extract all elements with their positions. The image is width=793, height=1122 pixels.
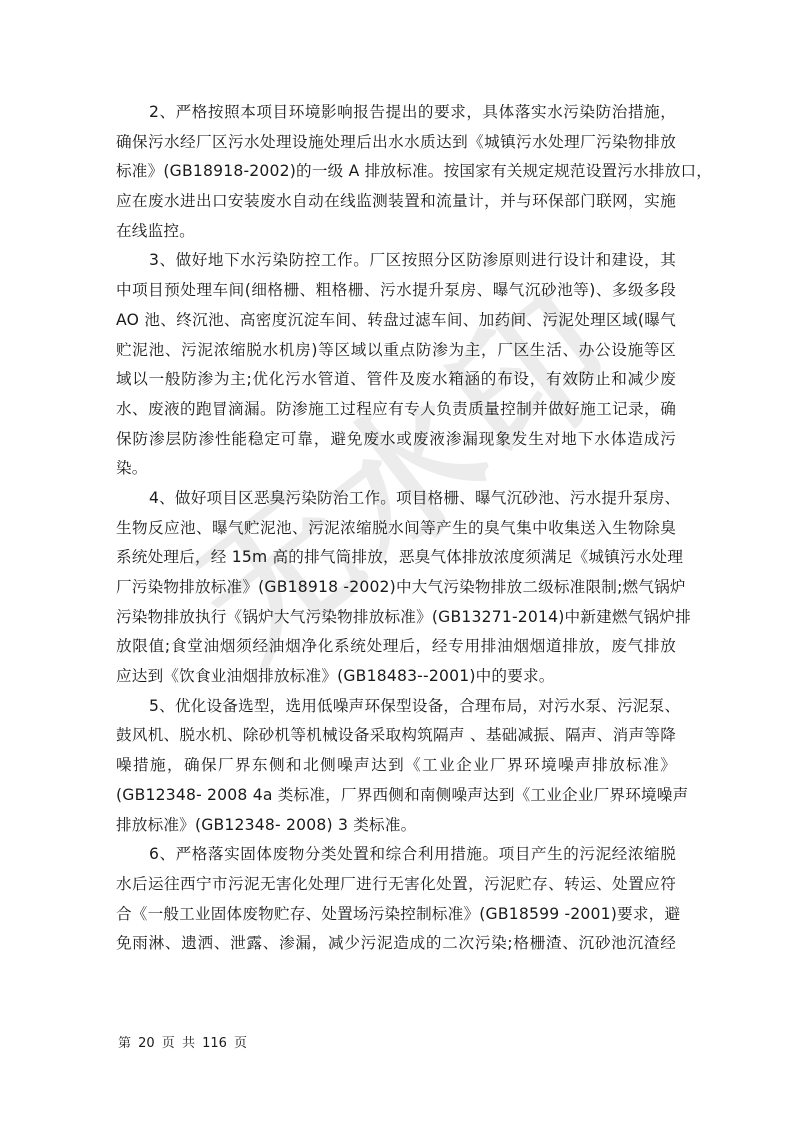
document-body: 2、严格按照本项目环境影响报告提出的要求，具体落实水污染防治措施， 确保污水经厂… — [116, 98, 676, 959]
text-line: 标准》(GB18918-2002)的一级 A 排放标准。按国家有关规定规范设置污… — [116, 157, 676, 187]
text-line: 保防渗层防渗性能稳定可靠，避免废水或废液渗漏现象发生对地下水体造成污 — [116, 425, 676, 455]
text-line: 合《一般工业固体废物贮存、处置场污染控制标准》(GB18599 -2001)要求… — [116, 900, 676, 930]
document-page: 无水印 2、严格按照本项目环境影响报告提出的要求，具体落实水污染防治措施， 确保… — [0, 0, 793, 1122]
text-line: 4、做好项目区恶臭污染防治工作。项目格栅、曝气沉砂池、污水提升泵房、 — [116, 484, 676, 514]
text-line: 5、优化设备选型，选用低噪声环保型设备，合理布局，对污水泵、污泥泵、 — [116, 692, 676, 722]
text-line: 应达到《饮食业油烟排放标准》(GB18483--2001)中的要求。 — [116, 662, 676, 692]
text-line: 生物反应池、曝气贮泥池、污泥浓缩脱水间等产生的臭气集中收集送入生物除臭 — [116, 514, 676, 544]
paragraph-5: 5、优化设备选型，选用低噪声环保型设备，合理布局，对污水泵、污泥泵、 鼓风机、脱… — [116, 692, 676, 840]
text-line: 确保污水经厂区污水处理设施处理后出水水质达到《城镇污水处理厂污染物排放 — [116, 128, 676, 158]
text-line: 水、废液的跑冒滴漏。防渗施工过程应有专人负责质量控制并做好施工记录，确 — [116, 395, 676, 425]
page-number-footer: 第 20 页 共 116 页 — [118, 1032, 247, 1051]
text-line: 贮泥池、污泥浓缩脱水机房)等区域以重点防渗为主，厂区生活、办公设施等区 — [116, 336, 676, 366]
text-line: 污染物排放执行《锅炉大气污染物排放标准》(GB13271-2014)中新建燃气锅… — [116, 603, 676, 633]
text-line: 6、严格落实固体废物分类处置和综合利用措施。项目产生的污泥经浓缩脱 — [116, 840, 676, 870]
text-line: 在线监控。 — [116, 217, 676, 247]
text-line: 水后运往西宁市污泥无害化处理厂进行无害化处置，污泥贮存、转运、处置应符 — [116, 870, 676, 900]
text-line: 中项目预处理车间(细格栅、粗格栅、污水提升泵房、曝气沉砂池等)、多级多段 — [116, 276, 676, 306]
text-line: 系统处理后，经 15m 高的排气筒排放，恶臭气体排放浓度须满足《城镇污水处理 — [116, 543, 676, 573]
text-line: 2、严格按照本项目环境影响报告提出的要求，具体落实水污染防治措施， — [116, 98, 676, 128]
text-line: 排放标准》(GB12348- 2008) 3 类标准。 — [116, 811, 676, 841]
text-line: 染。 — [116, 454, 676, 484]
text-line: 域以一般防渗为主;优化污水管道、管件及废水箱涵的布设，有效防止和减少废 — [116, 365, 676, 395]
text-line: AO 池、终沉池、高密度沉淀车间、转盘过滤车间、加药间、污泥处理区域(曝气 — [116, 306, 676, 336]
text-line: 免雨淋、遗洒、泄露、渗漏，减少污泥造成的二次污染;格栅渣、沉砂池沉渣经 — [116, 929, 676, 959]
text-line: 放限值;食堂油烟须经油烟净化系统处理后，经专用排油烟烟道排放，废气排放 — [116, 632, 676, 662]
paragraph-6: 6、严格落实固体废物分类处置和综合利用措施。项目产生的污泥经浓缩脱 水后运往西宁… — [116, 840, 676, 959]
paragraph-3: 3、做好地下水污染防控工作。厂区按照分区防渗原则进行设计和建设，其 中项目预处理… — [116, 246, 676, 484]
text-line: 厂污染物排放标准》(GB18918 -2002)中大气污染物排放二级标准限制;燃… — [116, 573, 676, 603]
paragraph-4: 4、做好项目区恶臭污染防治工作。项目格栅、曝气沉砂池、污水提升泵房、 生物反应池… — [116, 484, 676, 692]
text-line: (GB12348- 2008 4a 类标准，厂界西侧和南侧噪声达到《工业企业厂界… — [116, 781, 676, 811]
text-line: 3、做好地下水污染防控工作。厂区按照分区防渗原则进行设计和建设，其 — [116, 246, 676, 276]
text-line: 鼓风机、脱水机、除砂机等机械设备采取构筑隔声 、基础减振、隔声、消声等降 — [116, 721, 676, 751]
paragraph-2: 2、严格按照本项目环境影响报告提出的要求，具体落实水污染防治措施， 确保污水经厂… — [116, 98, 676, 246]
text-line: 噪措施，确保厂界东侧和北侧噪声达到《工业企业厂界环境噪声排放标准》 — [116, 751, 676, 781]
text-line: 应在废水进出口安装废水自动在线监测装置和流量计，并与环保部门联网，实施 — [116, 187, 676, 217]
